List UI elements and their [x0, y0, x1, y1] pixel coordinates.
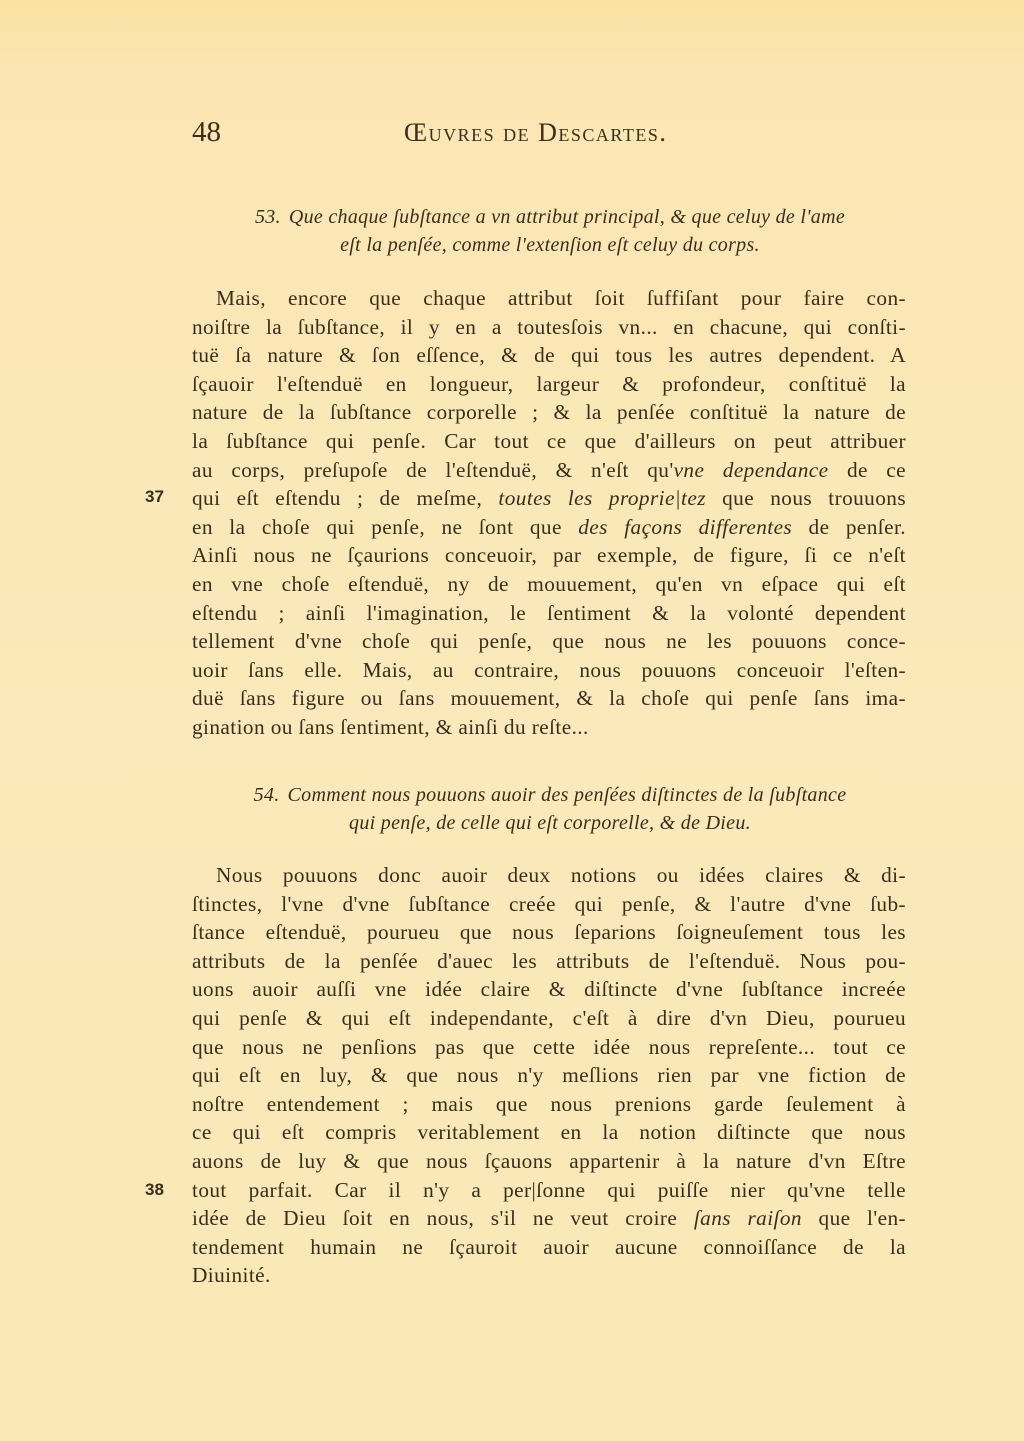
text-line: Mais, encore que chaque attribut ſoit ſu… — [192, 284, 906, 313]
text-line: tout parfait. Car il n'y a per|ſonne qui… — [192, 1176, 906, 1205]
section-53-paragraph: Mais, encore que chaque attribut ſoit ſu… — [192, 284, 906, 742]
margin-line-number: 37 — [145, 487, 164, 507]
text-line: la ſubſtance qui penſe. Car tout ce que … — [192, 427, 906, 456]
text-line: Diuinité. — [192, 1261, 906, 1290]
text-line: qui eſt en luy, & que nous n'y meſlions … — [192, 1061, 906, 1090]
text-line: idée de Dieu ſoit en nous, s'il ne veut … — [192, 1204, 906, 1233]
heading-line: eſt la penſée, comme l'extenſion eſt cel… — [192, 231, 908, 259]
italic-emphasis: vne dependance — [674, 458, 829, 482]
text-line: noſtre entendement ; mais que nous preni… — [192, 1090, 906, 1119]
heading-line: qui penſe, de celle qui eſt corporelle, … — [192, 809, 908, 837]
text-line: tellement d'vne choſe qui penſe, que nou… — [192, 627, 906, 656]
italic-emphasis: des façons differentes — [578, 515, 792, 539]
text-line: gination ou ſans ſentiment, & ainſi du r… — [192, 713, 906, 742]
italic-emphasis: ſans raiſon — [694, 1206, 802, 1230]
text-line: au corps, preſupoſe de l'eſtenduë, & n'e… — [192, 456, 906, 485]
section-number: 53. — [255, 206, 281, 228]
text-line: ce qui eſt compris veritablement en la n… — [192, 1118, 906, 1147]
section-54-paragraph: Nous pouuons donc auoir deux notions ou … — [192, 861, 906, 1290]
text-line: en la choſe qui penſe, ne ſont que des f… — [192, 513, 906, 542]
text-line: tuë ſa nature & ſon eſſence, & de qui to… — [192, 341, 906, 370]
document-page: 48 Œuvres de Descartes. 53.Que chaque ſu… — [0, 0, 1024, 1441]
text-line: Nous pouuons donc auoir deux notions ou … — [192, 861, 906, 890]
section-number: 54. — [254, 784, 280, 806]
text-line: duë ſans figure ou ſans mouuement, & la … — [192, 684, 906, 713]
text-line: tendement humain ne ſçauroit auoir aucun… — [192, 1233, 906, 1262]
page-number: 48 — [192, 116, 221, 149]
text-line: uoir ſans elle. Mais, au contraire, nous… — [192, 656, 906, 685]
text-line: qui eſt eſtendu ; de meſme, toutes les p… — [192, 484, 906, 513]
text-line: attributs de la penſée d'auec les attrib… — [192, 947, 906, 976]
section-54-heading: 54.Comment nous pouuons auoir des penſée… — [192, 781, 908, 837]
text-line: que nous ne penſions pas que cette idée … — [192, 1033, 906, 1062]
italic-emphasis: toutes les proprie|tez — [498, 486, 706, 510]
text-line: nature de la ſubſtance corporelle ; & la… — [192, 398, 906, 427]
text-line: noiſtre la ſubſtance, il y en a toutesſo… — [192, 313, 906, 342]
text-line: ſçauoir l'eſtenduë en longueur, largeur … — [192, 370, 906, 399]
book-title: Œuvres de Descartes. — [404, 118, 667, 148]
text-line: auons de luy & que nous ſçauons apparten… — [192, 1147, 906, 1176]
margin-line-number: 38 — [145, 1180, 164, 1200]
text-line: en vne choſe eſtenduë, ny de mouuement, … — [192, 570, 906, 599]
text-line: eſtendu ; ainſi l'imagination, le ſentim… — [192, 599, 906, 628]
section-53-heading: 53.Que chaque ſubſtance a vn attribut pr… — [192, 203, 908, 259]
heading-line: 54.Comment nous pouuons auoir des penſée… — [192, 781, 908, 809]
text-line: uons auoir auſſi vne idée claire & diſti… — [192, 975, 906, 1004]
text-line: ſtinctes, l'vne d'vne ſubſtance creée qu… — [192, 890, 906, 919]
text-line: ſtance eſtenduë, pourueu que nous ſepari… — [192, 918, 906, 947]
running-head: 48 Œuvres de Descartes. — [192, 116, 712, 156]
text-line: Ainſi nous ne ſçaurions conceuoir, par e… — [192, 541, 906, 570]
text-line: qui penſe & qui eſt independante, c'eſt … — [192, 1004, 906, 1033]
heading-line: 53.Que chaque ſubſtance a vn attribut pr… — [192, 203, 908, 231]
